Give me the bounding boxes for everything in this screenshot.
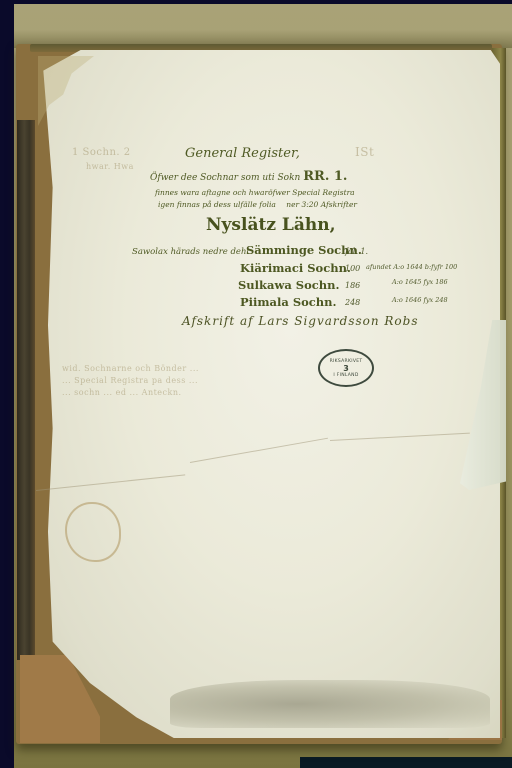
county-heading: Nyslätz Lähn,: [206, 215, 336, 235]
parish-folio: 100: [345, 264, 360, 273]
bleed-through-text: ISt: [355, 145, 374, 159]
parish-name: Sulkawa Sochn.: [238, 278, 340, 292]
register-code: RR. 1.: [303, 169, 347, 184]
parish-name: Piimala Sochn.: [240, 295, 337, 309]
district-label: Sawolax härads nedre dehl: [132, 247, 249, 257]
book-spine: [17, 120, 35, 660]
water-stain-bottom: [170, 680, 490, 728]
parish-folio: fol. 1.: [345, 247, 368, 256]
parish-name: Kiärimaci Sochn.: [240, 261, 351, 275]
register-title: General Register,: [185, 146, 300, 161]
header-line-3-text: igen finnas på dess ulfälle folia: [158, 200, 276, 209]
stamp-center-text: 3: [343, 364, 349, 373]
ring-stain: [65, 502, 121, 562]
header-line-3: igen finnas på dess ulfälle folia ner 3:…: [158, 200, 357, 209]
header-line-1: Öfwer dee Sochnar som uti Sokn RR. 1.: [150, 169, 347, 184]
bleed-through-text: wid. Sochnarne och Bönder ...: [62, 364, 199, 373]
header-line-1-text: Öfwer dee Sochnar som uti Sokn: [150, 173, 300, 183]
header-line-2: finnes wara aftagne och hwaröfwer Specia…: [155, 188, 355, 197]
parish-note: A:o 1646 fyx 248: [392, 296, 448, 304]
archive-stamp: RIKSARKIVET 3 I FINLAND: [318, 349, 374, 387]
parish-folio: 186: [345, 281, 360, 290]
parish-folio: 248: [345, 298, 360, 307]
header-line-3-suffix: ner 3:20 Afskrifter: [286, 200, 357, 209]
parish-note: A:o 1645 fyx 186: [392, 278, 448, 286]
scanner-edge-strip: [300, 757, 512, 768]
bleed-through-text: ... Special Registra pa dess ...: [62, 376, 198, 385]
bleed-through-text: ... sochn ... ed ... Anteckn.: [62, 388, 182, 397]
stamp-bottom-text: I FINLAND: [333, 373, 358, 378]
copyist-signature: Afskrift af Lars Sigvardsson Robs: [182, 314, 419, 328]
bleed-through-text: hwar. Hwa: [86, 162, 134, 171]
parish-note: afundet A:o 1644 b:fyfr 100: [366, 263, 457, 271]
bleed-through-text: 1 Sochn. 2: [72, 147, 131, 158]
